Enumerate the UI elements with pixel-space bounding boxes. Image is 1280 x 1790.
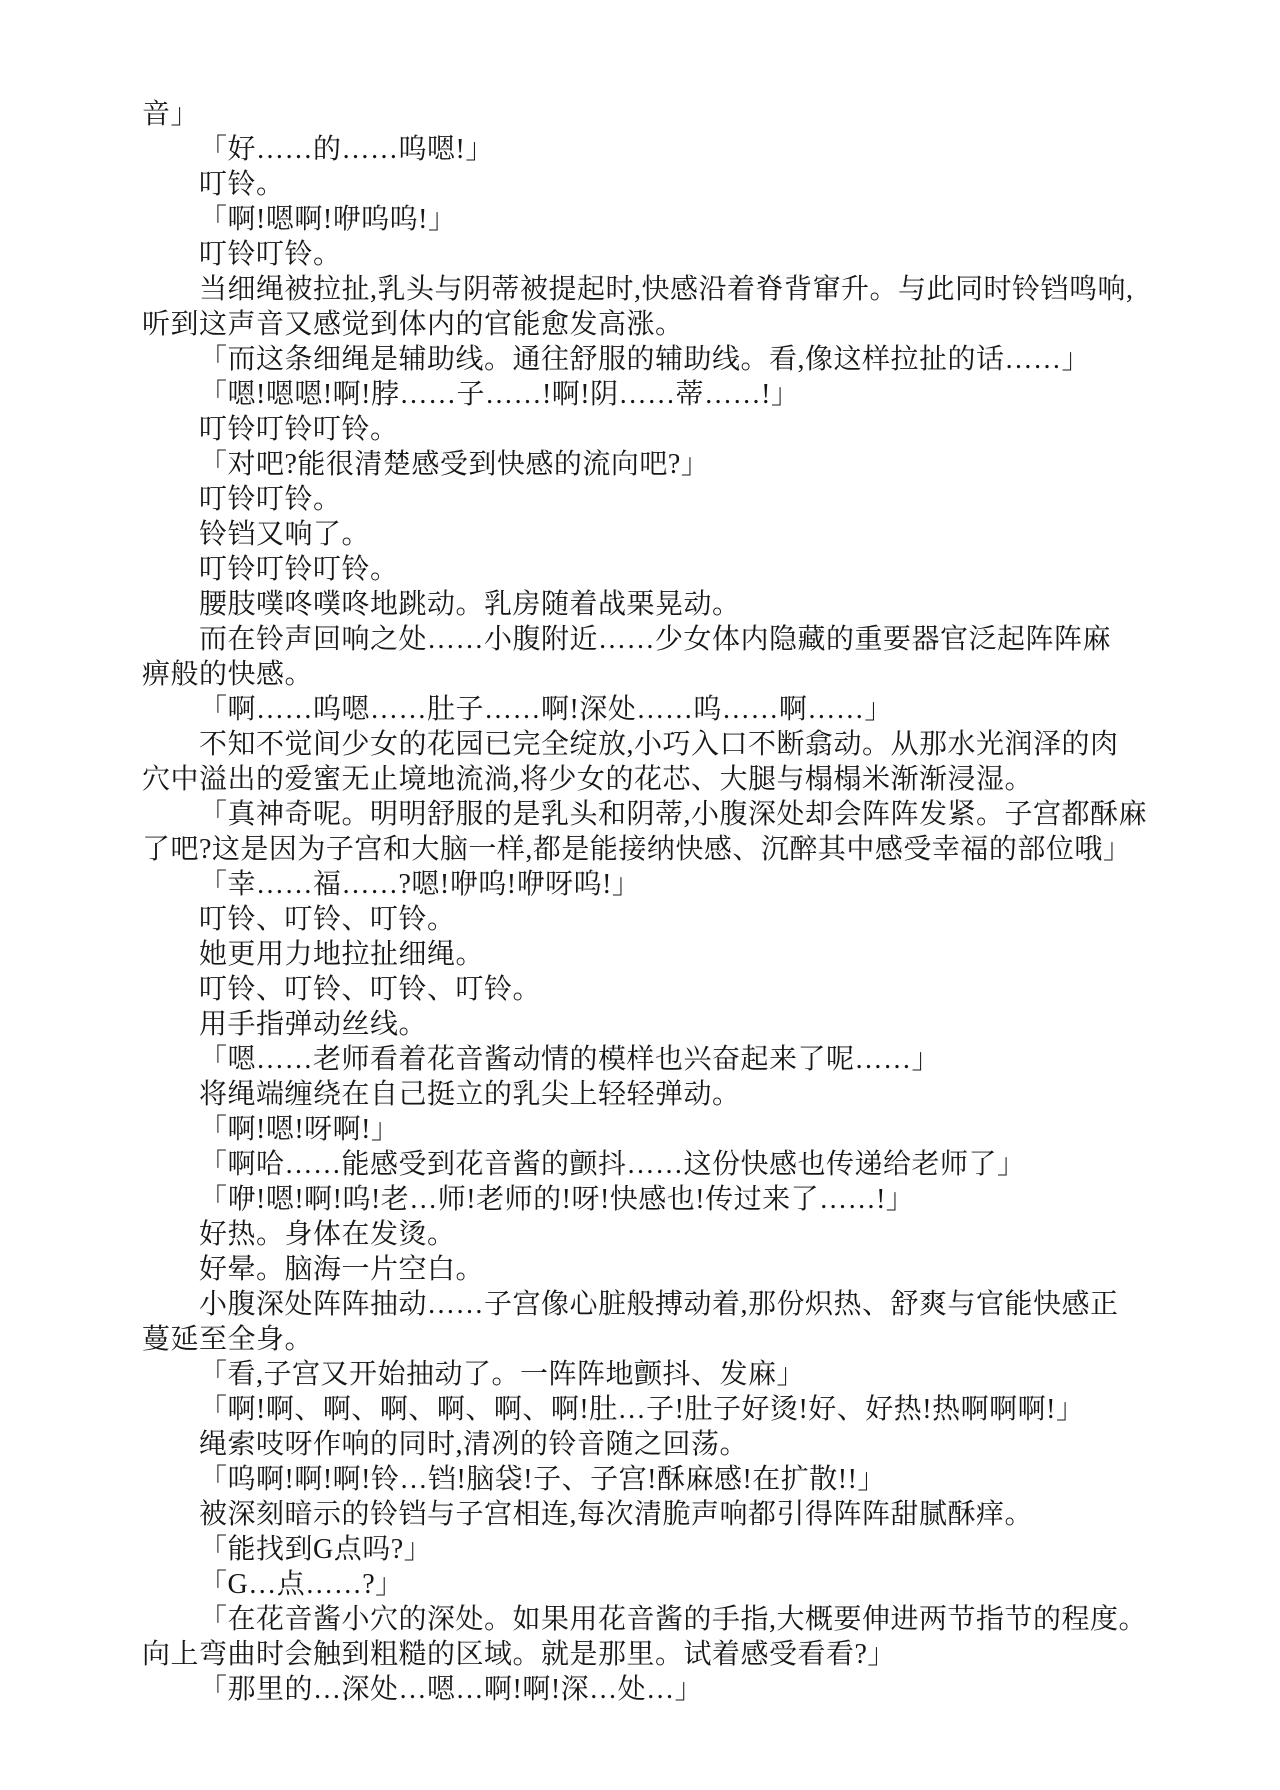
text-line: 「能找到G点吗?」	[142, 1532, 1152, 1567]
text-line: 痹般的快感。	[142, 657, 1152, 692]
text-line: 「在花音酱小穴的深处。如果用花音酱的手指,大概要伸进两节指节的程度。	[142, 1602, 1152, 1637]
text-line: 「嗯……老师看着花音酱动情的模样也兴奋起来了呢……」	[142, 1042, 1152, 1077]
document-page: 音」「好……的……呜嗯!」叮铃。「啊!嗯啊!咿呜呜!」叮铃叮铃。当细绳被拉扯,乳…	[0, 0, 1280, 1790]
text-line: 了吧?这是因为子宫和大脑一样,都是能接纳快感、沉醉其中感受幸福的部位哦」	[142, 832, 1152, 867]
text-line: 叮铃、叮铃、叮铃。	[142, 902, 1152, 937]
text-line: 「啊!嗯!呀啊!」	[142, 1112, 1152, 1147]
text-line: 叮铃叮铃叮铃。	[142, 412, 1152, 447]
text-column: 音」「好……的……呜嗯!」叮铃。「啊!嗯啊!咿呜呜!」叮铃叮铃。当细绳被拉扯,乳…	[142, 97, 1152, 1707]
text-line: 「而这条细绳是辅助线。通往舒服的辅助线。看,像这样拉扯的话……」	[142, 342, 1152, 377]
text-line: 「看,子宫又开始抽动了。一阵阵地颤抖、发麻」	[142, 1357, 1152, 1392]
text-line: 「啊……呜嗯……肚子……啊!深处……呜……啊……」	[142, 692, 1152, 727]
text-line: 「幸……福……?嗯!咿呜!咿呀呜!」	[142, 867, 1152, 902]
text-line: 叮铃、叮铃、叮铃、叮铃。	[142, 972, 1152, 1007]
text-line: 「好……的……呜嗯!」	[142, 132, 1152, 167]
text-line: 「呜啊!啊!啊!铃…铛!脑袋!子、子宫!酥麻感!在扩散!!」	[142, 1462, 1152, 1497]
text-line: 「对吧?能很清楚感受到快感的流向吧?」	[142, 447, 1152, 482]
text-line: 向上弯曲时会触到粗糙的区域。就是那里。试着感受看看?」	[142, 1637, 1152, 1672]
text-line: 绳索吱呀作响的同时,清冽的铃音随之回荡。	[142, 1427, 1152, 1462]
text-line: 用手指弹动丝线。	[142, 1007, 1152, 1042]
text-line: 叮铃叮铃。	[142, 482, 1152, 517]
text-line: 「啊!嗯啊!咿呜呜!」	[142, 202, 1152, 237]
text-line: 当细绳被拉扯,乳头与阴蒂被提起时,快感沿着脊背窜升。与此同时铃铛鸣响,	[142, 272, 1152, 307]
text-line: 好热。身体在发烫。	[142, 1217, 1152, 1252]
text-line: 被深刻暗示的铃铛与子宫相连,每次清脆声响都引得阵阵甜腻酥痒。	[142, 1497, 1152, 1532]
text-line: 「G…点……?」	[142, 1567, 1152, 1602]
text-line: 音」	[142, 97, 1152, 132]
text-line: 小腹深处阵阵抽动……子宫像心脏般搏动着,那份炽热、舒爽与官能快感正	[142, 1287, 1152, 1322]
text-line: 而在铃声回响之处……小腹附近……少女体内隐藏的重要器官泛起阵阵麻	[142, 622, 1152, 657]
text-line: 她更用力地拉扯细绳。	[142, 937, 1152, 972]
text-line: 好晕。脑海一片空白。	[142, 1252, 1152, 1287]
text-line: 叮铃叮铃叮铃。	[142, 552, 1152, 587]
text-line: 「真神奇呢。明明舒服的是乳头和阴蒂,小腹深处却会阵阵发紧。子宫都酥麻	[142, 797, 1152, 832]
text-line: 「啊!啊、啊、啊、啊、啊、啊!肚…子!肚子好烫!好、好热!热啊啊啊!」	[142, 1392, 1152, 1427]
text-line: 铃铛又响了。	[142, 517, 1152, 552]
text-line: 蔓延至全身。	[142, 1322, 1152, 1357]
text-line: 腰肢噗咚噗咚地跳动。乳房随着战栗晃动。	[142, 587, 1152, 622]
text-line: 「那里的…深处…嗯…啊!啊!深…处…」	[142, 1672, 1152, 1707]
text-line: 听到这声音又感觉到体内的官能愈发高涨。	[142, 307, 1152, 342]
text-line: 「嗯!嗯嗯!啊!脖……子……!啊!阴……蒂……!」	[142, 377, 1152, 412]
text-line: 「咿!嗯!啊!呜!老…师!老师的!呀!快感也!传过来了……!」	[142, 1182, 1152, 1217]
text-line: 不知不觉间少女的花园已完全绽放,小巧入口不断翕动。从那水光润泽的肉	[142, 727, 1152, 762]
text-line: 将绳端缠绕在自己挺立的乳尖上轻轻弹动。	[142, 1077, 1152, 1112]
text-line: 叮铃。	[142, 167, 1152, 202]
text-line: 「啊哈……能感受到花音酱的颤抖……这份快感也传递给老师了」	[142, 1147, 1152, 1182]
text-line: 叮铃叮铃。	[142, 237, 1152, 272]
text-line: 穴中溢出的爱蜜无止境地流淌,将少女的花芯、大腿与榻榻米渐渐浸湿。	[142, 762, 1152, 797]
